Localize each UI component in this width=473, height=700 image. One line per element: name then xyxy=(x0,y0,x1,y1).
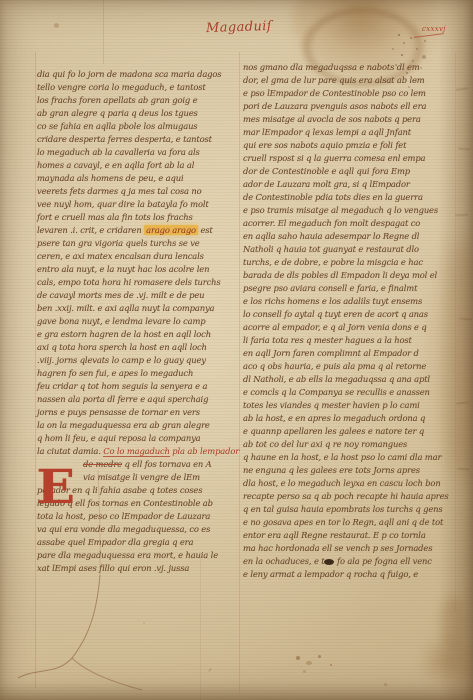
text-segment: entro ala nuyt, e la nuyt hac los acolre… xyxy=(37,264,209,274)
text-line: lo megaduch ab la cavalleria va fora als xyxy=(37,146,239,159)
text-segment: arago arago xyxy=(144,225,198,235)
text-line: ab gran alegre q paria q deus los tgues xyxy=(37,107,239,120)
text-line: mar lEmpador q lexas lempi a aqll Jnfant xyxy=(243,126,458,139)
text-segment: q haune en la host, e la host pso lo cam… xyxy=(243,452,441,462)
ruling-line-center xyxy=(239,52,240,692)
text-segment: pare dla megaduquessa era mort, e hauia … xyxy=(37,550,218,560)
text-segment: cruell rspost si q la guerra comesa enl … xyxy=(243,153,425,163)
text-line: los frachs foren apellats ab gran goig e xyxy=(37,94,239,107)
text-segment: en aqlla saho hauia adesempar lo Regne d… xyxy=(243,231,419,241)
text-segment: e los richs homens e los adalils tuyt en… xyxy=(243,296,422,306)
text-segment: vee nuyl hom, quar dire la batayla fo mo… xyxy=(37,199,209,209)
text-segment: Co lo magaduch xyxy=(103,446,170,457)
text-line: psegre pso aviara consell e faria, e fin… xyxy=(243,282,458,295)
drop-cap-initial: E xyxy=(36,463,79,515)
text-line: entor era aqll Regne restaurat. E p co t… xyxy=(243,529,458,542)
text-segment: e quannp apellaren les galees e natore t… xyxy=(243,426,424,436)
text-segment: barada de dls pobles dl Empadon li deya … xyxy=(243,270,437,280)
text-line: va qui era vonde dla megaduquessa, co es xyxy=(37,523,239,536)
text-line: e leny armat a lempador q rocha q fuigo,… xyxy=(243,568,458,581)
text-line: cruell rspost si q la guerra comesa enl … xyxy=(243,152,458,165)
text-segment: de Contestinoble pdia tots dies en la gu… xyxy=(243,192,423,202)
text-segment: q en tal guisa hauia epombrats los turch… xyxy=(243,504,443,514)
text-segment: pla ab lempador xyxy=(170,446,239,456)
text-segment: recapte perso sa q ab poch recapte hi ha… xyxy=(243,491,449,501)
spot xyxy=(303,670,306,673)
text-segment: veerets fets darmes q ja mes tal cosa no xyxy=(37,186,201,196)
text-line: tello vengre coria lo megaduch, e tantos… xyxy=(37,81,239,94)
text-segment: qui ere sos nabots aquio pmzia e foli fe… xyxy=(243,140,406,150)
text-segment: ceren, e axi matex encalsan dura lencals xyxy=(37,251,204,261)
text-segment: jorns e puys pensasse de tornar en vers xyxy=(37,407,200,417)
text-column-right: nos gmano dla megaduqssa e nabots dl emd… xyxy=(243,61,458,581)
text-line: hagren fo sen fui, e apes lo megaduch xyxy=(37,367,239,380)
spot xyxy=(143,622,145,624)
text-segment: feu cridar q tot hom seguis la senyera e… xyxy=(37,381,207,391)
text-line: acorrer. El megaduch fon molt despagat c… xyxy=(243,217,458,230)
spot xyxy=(208,668,212,672)
text-line: de Contestinoble pdia tots dies en la gu… xyxy=(243,191,458,204)
spot xyxy=(54,23,59,28)
text-line: totes les viandes q mester havien p lo c… xyxy=(243,399,458,412)
text-line: vee nuyl hom, quar dire la batayla fo mo… xyxy=(37,198,239,211)
text-segment: e gra estorn hagren de la host en aqll l… xyxy=(37,329,211,339)
text-segment: en la ochaduces, e t xyxy=(243,556,324,566)
text-segment: mes misatge al avocla de sos nabots q pe… xyxy=(243,114,421,124)
text-segment: ador de Lauzara molt gra, si q lEmpador xyxy=(243,179,410,189)
text-line: barada de dls pobles dl Empadon li deya … xyxy=(243,269,458,282)
text-line: en la ochaduces, e to fo ala pe fogna el… xyxy=(243,555,458,568)
text-line: dia qui fo lo jorn de madona sca maria d… xyxy=(37,68,239,81)
folio-number: cxxxvj xyxy=(422,25,446,33)
text-segment: q hom li feu, e aqui reposa la companya xyxy=(37,433,201,443)
text-line: mes misatge al avocla de sos nabots q pe… xyxy=(243,113,458,126)
text-line: nassen ala porta dl ferre e aqui spercha… xyxy=(37,393,239,406)
text-segment: ne enguna q les galees ere tots Jorns ap… xyxy=(243,465,420,475)
text-line: q hom li feu, e aqui reposa la companya xyxy=(37,432,239,445)
folio-flourish xyxy=(414,33,444,38)
text-segment: acorre al empador, e q al Jorn venia don… xyxy=(243,322,427,332)
text-line: la on la megaduquessa era ab gran alegre xyxy=(37,419,239,432)
text-segment: fo ala pe fogna ell venc xyxy=(334,556,431,566)
ink-blot: o xyxy=(324,559,334,565)
text-segment: dla host, e lo megaduch leyxa en cascu l… xyxy=(243,478,441,488)
text-line: lo consell fo aytal q tuyt eren de acort… xyxy=(243,308,458,321)
text-segment: de medre xyxy=(83,459,122,469)
page-edge-shadow-bottom xyxy=(0,682,473,700)
text-segment: nassen ala porta dl ferre e aqui spercha… xyxy=(37,394,208,404)
text-line: maynada als homens de peu, e aqui xyxy=(37,172,239,185)
text-segment: ab la host, e en apres lo megaduch ordon… xyxy=(243,413,425,423)
text-line: ab tot co del lur axi q re noy romangues xyxy=(243,438,458,451)
text-line: dor de Contestinoble e aqll qui fora Emp xyxy=(243,165,458,178)
text-segment: psere tan gra vigoria quels turchs se ve xyxy=(37,238,200,248)
text-line: dor, el gma de lur pare quis era alsat a… xyxy=(243,74,458,87)
text-line: e pso lEmpador de Contestinoble pso co l… xyxy=(243,87,458,100)
text-line: e los richs homens e los adalils tuyt en… xyxy=(243,295,458,308)
text-segment: va qui era vonde dla megaduquessa, co es xyxy=(37,524,210,534)
spot xyxy=(306,661,312,665)
text-line: ben .xxij. milt. e axi aqlla nuyt la com… xyxy=(37,302,239,315)
text-segment: .viij. jorns qlevats lo camp e lo guay q… xyxy=(37,355,206,365)
text-segment: lo consell fo aytal q tuyt eren de acort… xyxy=(243,309,428,319)
text-line: de cavayl morts mes de .vj. milt e de pe… xyxy=(37,289,239,302)
text-segment: nos gmano dla megaduqssa e nabots dl em xyxy=(243,62,420,72)
text-line: ab la host, e en apres lo megaduch ordon… xyxy=(243,412,458,425)
text-line: e pso tramis misatge al megaduch q lo ve… xyxy=(243,204,458,217)
text-segment: maynada als homens de peu, e aqui xyxy=(37,173,184,183)
text-line: assabe quel Empador dla gregia q era xyxy=(37,536,239,549)
text-line: q en tal guisa hauia epombrats los turch… xyxy=(243,503,458,516)
text-line: psere tan gra vigoria quels turchs se ve xyxy=(37,237,239,250)
text-segment: de cavayl morts mes de .vj. milt e de pe… xyxy=(37,290,204,300)
text-segment: homes a cavayl, e en aqlla fort ab la al xyxy=(37,160,194,170)
text-segment: dia qui fo lo jorn de madona sca maria d… xyxy=(37,69,221,79)
text-line: cals, empo tota hora hi romasere dels tu… xyxy=(37,276,239,289)
ruling-line-left xyxy=(35,52,36,688)
text-line: Natholi q hauia tot guanyat e restaurat … xyxy=(243,243,458,256)
stain-bottom-right-tail xyxy=(440,596,466,650)
text-segment: axi q tota hora sperch la host en aqll l… xyxy=(37,342,207,352)
text-segment: e no gosava apes en tor lo Regn, aqll an… xyxy=(243,517,443,527)
text-line: pare dla megaduquessa era mort, e hauia … xyxy=(37,549,239,562)
text-line: e quannp apellaren les galees e natore t… xyxy=(243,425,458,438)
text-segment: Natholi q hauia tot guanyat e restaurat … xyxy=(243,244,419,254)
text-segment: e leny armat a lempador q rocha q fuigo,… xyxy=(243,569,418,579)
text-line: la ciutat damia. Co lo magaduch pla ab l… xyxy=(37,445,239,458)
text-segment: fort e cruell mas ala fin tots los frach… xyxy=(37,212,193,222)
text-segment: mar lEmpador q lexas lempi a aqll Jnfant xyxy=(243,127,411,137)
ink-bleed-mark xyxy=(457,468,470,471)
crease-top xyxy=(103,0,104,64)
ink-bleed-mark xyxy=(458,148,471,151)
text-segment: dor, el gma de lur pare quis era alsat a… xyxy=(243,75,425,85)
text-segment: ab gran alegre q paria q deus los tgues xyxy=(37,108,198,118)
text-line: levaren .i. crit, e cridaren arago arago… xyxy=(37,224,239,237)
text-segment: la ciutat damia. xyxy=(37,446,103,456)
text-segment: ben .xxij. milt. e axi aqlla nuyt la com… xyxy=(37,303,214,313)
text-line: ma hac hordonada ell se vench p ses Jorn… xyxy=(243,542,458,555)
text-line: entro ala nuyt, e la nuyt hac los acolre… xyxy=(37,263,239,276)
text-segment: hagren fo sen fui, e apes lo megaduch xyxy=(37,368,193,378)
text-segment: la on la megaduquessa era ab gran alegre xyxy=(37,420,210,430)
text-line: feu cridar q tot hom seguis la senyera e… xyxy=(37,380,239,393)
text-segment: totes les viandes q mester havien p lo c… xyxy=(243,400,420,410)
text-line: dla host, e lo megaduch leyxa en cascu l… xyxy=(243,477,458,490)
text-line: axi q tota hora sperch la host en aqll l… xyxy=(37,341,239,354)
text-segment: los frachs foren apellats ab gran goig e xyxy=(37,95,197,105)
text-line: xat lEmpi ases fillo qui eron .vj. jussa xyxy=(37,562,239,575)
text-segment: q ell fos tornava en A xyxy=(122,459,212,469)
text-line: homes a cavayl, e en aqlla fort ab la al xyxy=(37,159,239,172)
text-line: recapte perso sa q ab poch recapte hi ha… xyxy=(243,490,458,503)
text-segment: via misatge li vengre de lEm xyxy=(83,472,200,482)
header-rubric: Magaduiſ xyxy=(206,19,272,36)
text-segment: co se fahia en aqlla pbole los almugaus xyxy=(37,121,197,131)
text-segment: aco q obs hauria, e puis ala pma q al re… xyxy=(243,361,426,371)
text-segment: acorrer. El megaduch fon molt despagat c… xyxy=(243,218,420,228)
text-line: veerets fets darmes q ja mes tal cosa no xyxy=(37,185,239,198)
text-segment: turchs, e de dobre, e pobre la misgcia e… xyxy=(243,257,423,267)
spot xyxy=(318,655,321,658)
text-line: ador de Lauzara molt gra, si q lEmpador xyxy=(243,178,458,191)
text-segment: entor era aqll Regne restaurat. E p co t… xyxy=(243,530,426,540)
ink-bleed-mark xyxy=(459,317,472,320)
text-segment: en aqll Jorn faren complimnt al Empador … xyxy=(243,348,419,358)
text-line: aco q obs hauria, e puis ala pma q al re… xyxy=(243,360,458,373)
text-line: e comcls q la Companya se recullis e ana… xyxy=(243,386,458,399)
text-segment: dl Natholi, e ab ells la megaduqssa q an… xyxy=(243,374,430,384)
text-line: acorre al empador, e q al Jorn venia don… xyxy=(243,321,458,334)
text-segment: xat lEmpi ases fillo qui eron .vj. jussa xyxy=(37,563,189,573)
text-line: fort e cruell mas ala fin tots los frach… xyxy=(37,211,239,224)
crease-bottom xyxy=(200,556,201,700)
text-segment: ab tot co del lur axi q re noy romangues xyxy=(243,439,407,449)
text-line: turchs, e de dobre, e pobre la misgcia e… xyxy=(243,256,458,269)
text-line: en aqll Jorn faren complimnt al Empador … xyxy=(243,347,458,360)
text-line: dl Natholi, e ab ells la megaduqssa q an… xyxy=(243,373,458,386)
text-line: q haune en la host, e la host pso lo cam… xyxy=(243,451,458,464)
manuscript-page-photo: Magaduiſ cxxxvj dia qui fo lo jorn de ma… xyxy=(0,0,473,700)
text-segment: est xyxy=(198,225,213,235)
text-line: e no gosava apes en tor lo Regn, aqll an… xyxy=(243,516,458,529)
text-segment: cridare desperta ferres desperta, e tant… xyxy=(37,134,212,144)
text-line: e gra estorn hagren de la host en aqll l… xyxy=(37,328,239,341)
spot xyxy=(296,656,300,660)
text-line: .viij. jorns qlevats lo camp e lo guay q… xyxy=(37,354,239,367)
text-segment: tello vengre coria lo megaduch, e tantos… xyxy=(37,82,206,92)
text-segment: lo megaduch ab la cavalleria va fora als xyxy=(37,147,200,157)
mold-speckles xyxy=(398,34,400,36)
text-segment: dor de Contestinoble e aqll qui fora Emp xyxy=(243,166,410,176)
text-segment: gave bona nuyt, e lendma levare lo camp xyxy=(37,316,205,326)
text-line: gave bona nuyt, e lendma levare lo camp xyxy=(37,315,239,328)
text-line: qui ere sos nabots aquio pmzia e foli fe… xyxy=(243,139,458,152)
text-line: en aqlla saho hauia adesempar lo Regne d… xyxy=(243,230,458,243)
text-line: pori de Lauzara pvenguis asos nabots ell… xyxy=(243,100,458,113)
text-line: li faria tota res q mester hagues a la h… xyxy=(243,334,458,347)
text-segment: e pso tramis misatge al megaduch q lo ve… xyxy=(243,205,438,215)
text-segment: li faria tota res q mester hagues a la h… xyxy=(243,335,412,345)
text-segment: assabe quel Empador dla gregia q era xyxy=(37,537,193,547)
text-line: ceren, e axi matex encalsan dura lencals xyxy=(37,250,239,263)
stain-top-core xyxy=(318,0,404,56)
text-segment: cals, empo tota hora hi romasere dels tu… xyxy=(37,277,221,287)
text-segment: e pso lEmpador de Contestinoble pso co l… xyxy=(243,88,426,98)
text-segment: e comcls q la Companya se recullis e ana… xyxy=(243,387,430,397)
text-segment: pori de Lauzara pvenguis asos nabots ell… xyxy=(243,101,426,111)
text-line: jorns e puys pensasse de tornar en vers xyxy=(37,406,239,419)
text-line: nos gmano dla megaduqssa e nabots dl em xyxy=(243,61,458,74)
text-segment: ma hac hordonada ell se vench p ses Jorn… xyxy=(243,543,432,553)
text-segment: levaren .i. crit, e cridaren xyxy=(37,225,144,235)
spot xyxy=(330,664,332,666)
text-line: cridare desperta ferres desperta, e tant… xyxy=(37,133,239,146)
text-segment: psegre pso aviara consell e faria, e fin… xyxy=(243,283,417,293)
text-line: ne enguna q les galees ere tots Jorns ap… xyxy=(243,464,458,477)
text-line: co se fahia en aqlla pbole los almugaus xyxy=(37,120,239,133)
